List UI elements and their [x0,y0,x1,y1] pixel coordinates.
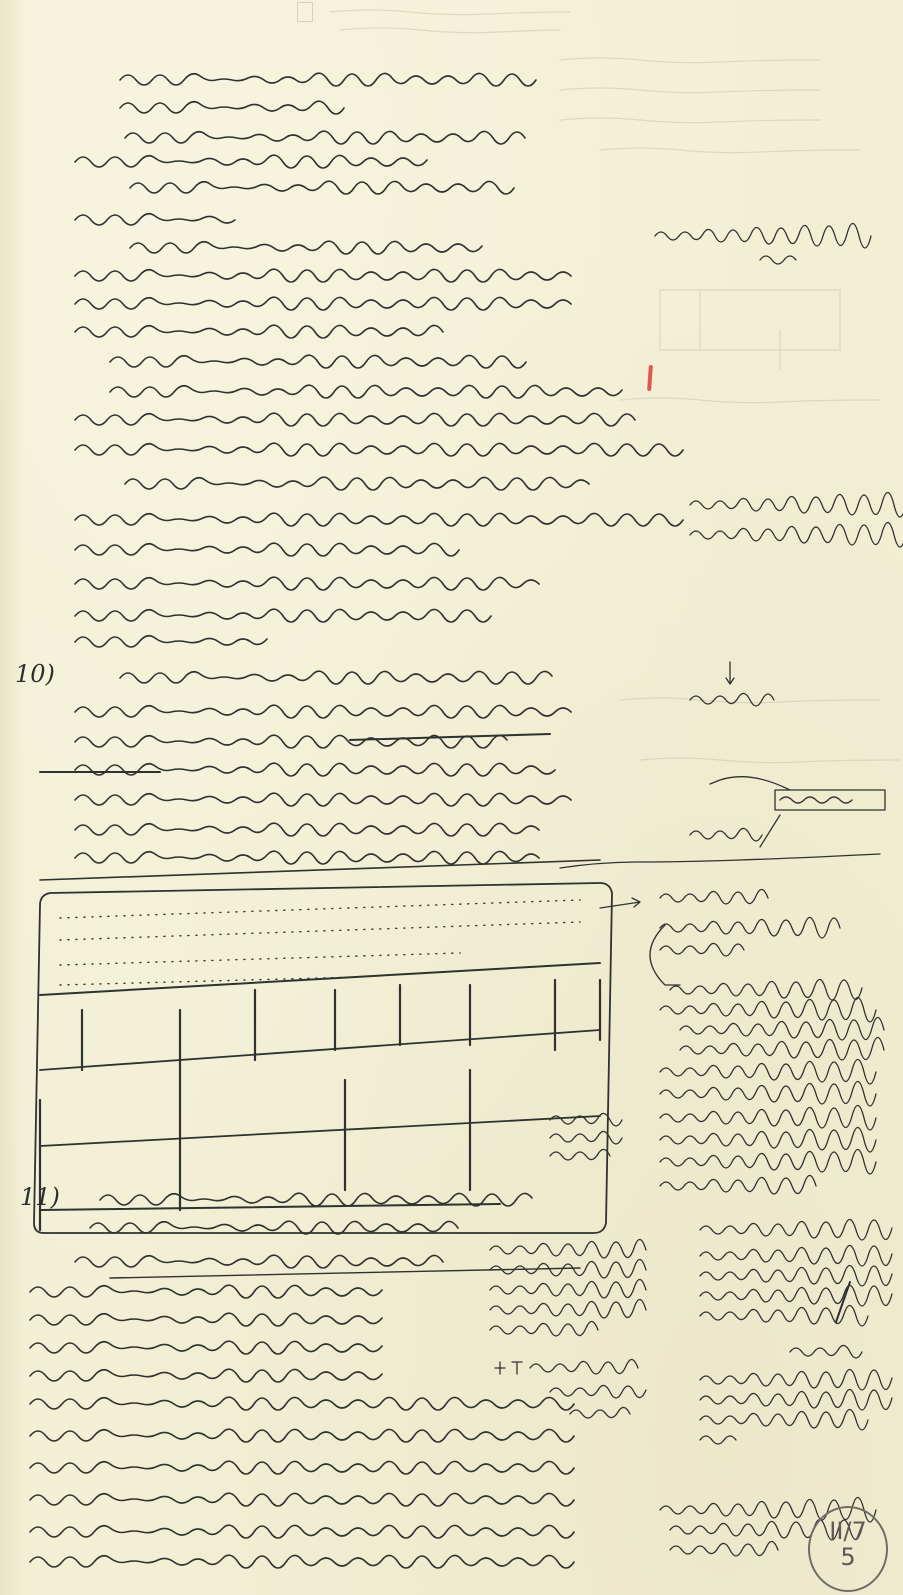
archive-stamp-folder: II/7 [810,1518,886,1544]
paragraph-number-11: 11) [20,1183,60,1211]
paragraph-number-10: 10) [15,660,55,688]
manuscript-page: 10) 11) II/7 5 [0,0,903,1595]
handwriting-strokes [0,0,903,1595]
archive-stamp-page: 5 [810,1544,886,1570]
archive-stamp: II/7 5 [808,1506,888,1592]
